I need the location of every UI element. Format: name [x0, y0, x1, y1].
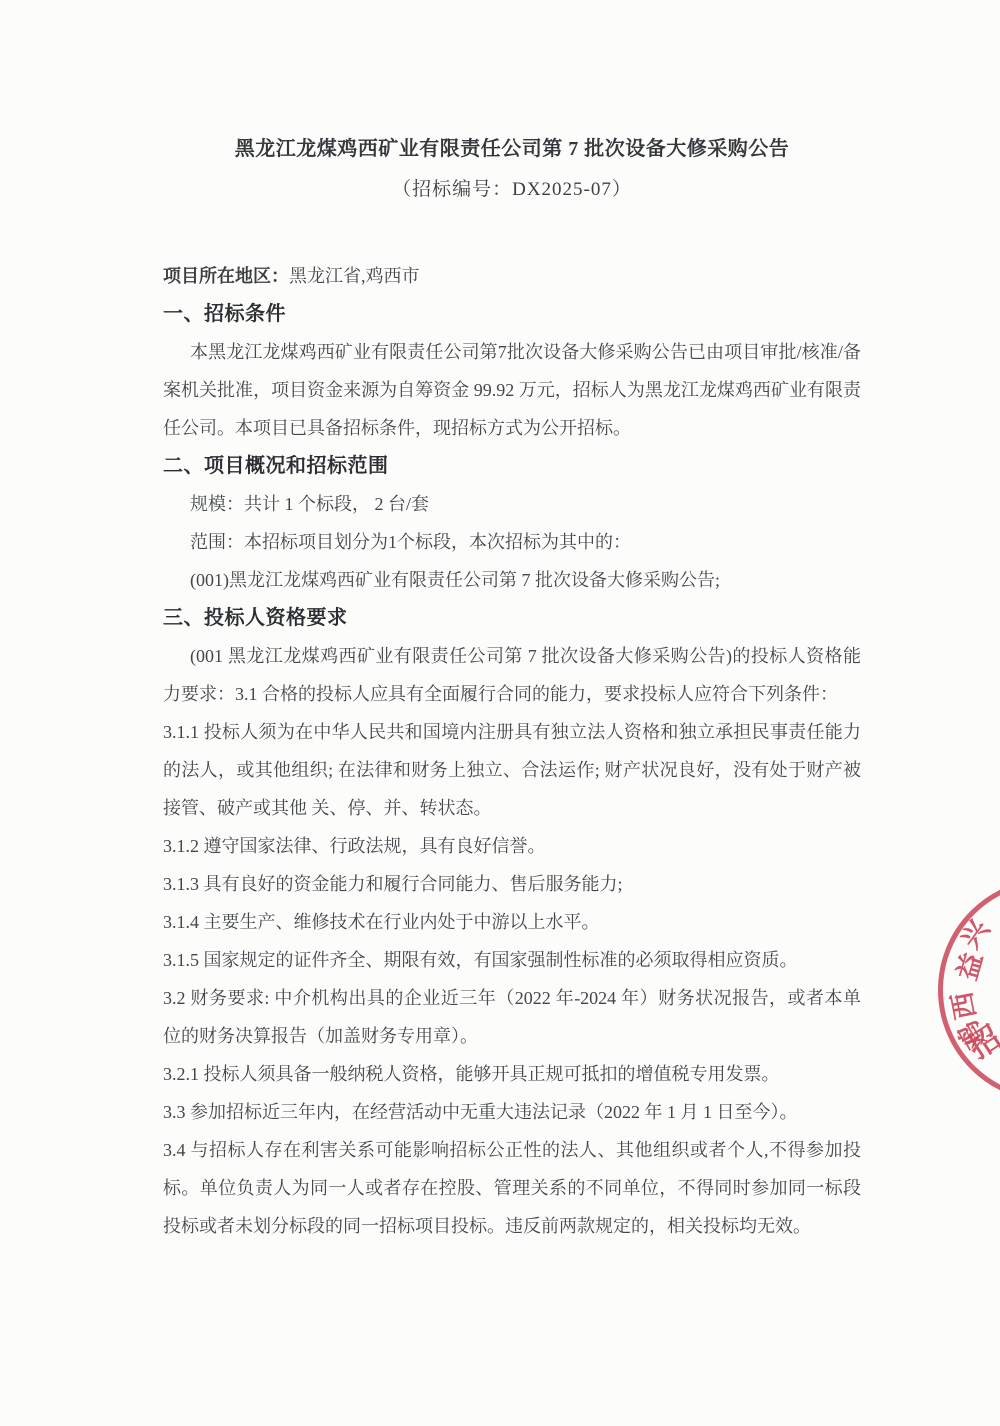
tender-number-subtitle: （招标编号：DX2025-07） [163, 178, 861, 202]
scanned-document-page: 黑龙江龙煤鸡西矿业有限责任公司第 7 批次设备大修采购公告 （招标编号：DX20… [0, 0, 1000, 1426]
document-body: 项目所在地区：黑龙江省,鸡西市 一、招标条件 本黑龙江龙煤鸡西矿业有限责任公司第… [163, 257, 861, 1245]
paragraph-3-1-1: 3.1.1 投标人须为在中华人民共和国境内注册具有独立法人资格和独立承担民事责任… [163, 713, 861, 827]
paragraph-3-1-3: 3.1.3 具有良好的资金能力和履行合同能力、售后服务能力; [163, 865, 861, 903]
project-location-value: 黑龙江省,鸡西市 [289, 266, 420, 286]
paragraph-scale: 规模：共计 1 个标段， 2 台/套 [163, 485, 861, 523]
paragraph-qualification-intro: (001 黑龙江龙煤鸡西矿业有限责任公司第 7 批次设备大修采购公告)的投标人资… [163, 637, 861, 713]
section-heading-bidder-qualifications: 三、投标人资格要求 [163, 599, 861, 637]
paragraph-lot-001: (001)黑龙江龙煤鸡西矿业有限责任公司第 7 批次设备大修采购公告; [163, 561, 861, 599]
paragraph-scope: 范围：本招标项目划分为1个标段，本次招标为其中的： [163, 523, 861, 561]
section-heading-tender-conditions: 一、招标条件 [163, 295, 861, 333]
paragraph-3-1-5: 3.1.5 国家规定的证件齐全、期限有效，有国家强制性标准的必须取得相应资质。 [163, 941, 861, 979]
paragraph-3-1-2: 3.1.2 遵守国家法律、行政法规，具有良好信誉。 [163, 827, 861, 865]
stamp-arc-character: 兴 [957, 916, 995, 954]
project-location-label: 项目所在地区： [163, 266, 289, 286]
paragraph-3-2: 3.2 财务要求: 中介机构出具的企业近三年（2022 年-2024 年）财务状… [163, 979, 861, 1055]
paragraph-3-1-4: 3.1.4 主要生产、维修技术在行业内处于中游以上水平。 [163, 903, 861, 941]
stamp-circle-border [938, 878, 1000, 1102]
stamp-arc-character: 鸡 [954, 1016, 991, 1053]
stamp-arc-character: 西 [949, 990, 981, 1022]
document-content: 黑龙江龙煤鸡西矿业有限责任公司第 7 批次设备大修采购公告 （招标编号：DX20… [163, 136, 861, 1245]
paragraph-3-3: 3.3 参加招标近三年内，在经营活动中无重大违法记录（2022 年 1 月 1 … [163, 1093, 861, 1131]
stamp-arc-character: 益 [954, 950, 987, 983]
section-heading-project-overview: 二、项目概况和招标范围 [163, 447, 861, 485]
document-title: 黑龙江龙煤鸡西矿业有限责任公司第 7 批次设备大修采购公告 [163, 136, 861, 162]
project-location-line: 项目所在地区：黑龙江省,鸡西市 [163, 257, 861, 295]
paragraph-3-2-1: 3.2.1 投标人须具备一般纳税人资格，能够开具正规可抵扣的增值税专用发票。 [163, 1055, 861, 1093]
paragraph-3-4: 3.4 与招标人存在利害关系可能影响招标公正性的法人、其他组织或者个人,不得参加… [163, 1131, 861, 1245]
paragraph-tender-conditions: 本黑龙江龙煤鸡西矿业有限责任公司第7批次设备大修采购公告已由项目审批/核准/备案… [163, 333, 861, 447]
stamp-center-character: 招 [963, 1021, 1000, 1064]
